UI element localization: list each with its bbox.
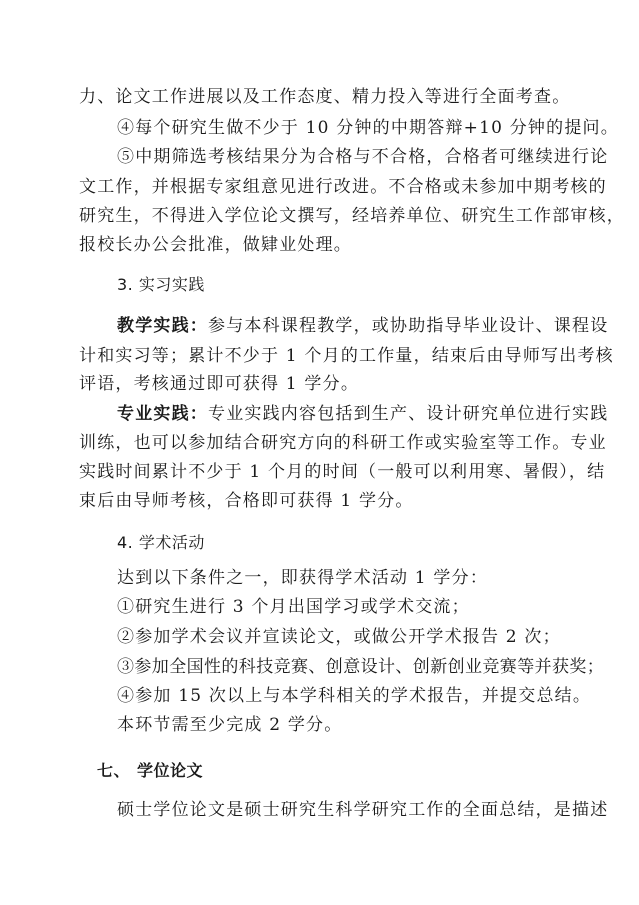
paragraph-line: 硕士学位论文是硕士研究生科学研究工作的全面总结，是描述: [117, 799, 535, 821]
list-item: ④参加 15 次以上与本学科相关的学术报告，并提交总结。: [117, 685, 535, 707]
paragraph-line: 计和实习等；累计不少于 1 个月的工作量，结束后由导师写出考核: [79, 345, 535, 367]
paragraph-line: 评语，考核通过即可获得 1 学分。: [79, 373, 535, 395]
paragraph-line: 报校长办公会批准，做肄业处理。: [79, 234, 535, 256]
paragraph-line: 实践时间累计不少于 1 个月的时间（一般可以利用寒、暑假），结: [79, 461, 535, 483]
paragraph-line: 力、论文工作进展以及工作态度、精力投入等进行全面考查。: [79, 86, 535, 108]
list-item: ②参加学术会议并宣读论文，或做公开学术报告 2 次；: [117, 626, 535, 648]
paragraph-line: 文工作，并根据专家组意见进行改进。不合格或未参加中期考核的: [79, 176, 535, 198]
section-heading-4: 4. 学术活动: [117, 532, 535, 554]
professional-practice-label: 专业实践：: [117, 404, 208, 424]
teaching-practice-label: 教学实践：: [117, 316, 208, 336]
paragraph-line: 达到以下条件之一，即获得学术活动 1 学分：: [117, 567, 535, 589]
list-item-5-line: ⑤中期筛选考核结果分为合格与不合格，合格者可继续进行论: [117, 146, 535, 168]
chapter-number: 七、: [97, 760, 137, 782]
list-item-4: ④每个研究生做不少于 10 分钟的中期答辩+10 分钟的提问。: [117, 117, 535, 139]
section-note: 本环节需至少完成 2 学分。: [117, 714, 535, 736]
list-item: ③参加全国性的科技竞赛、创意设计、创新创业竞赛等并获奖；: [117, 656, 535, 678]
chapter-title: 学位论文: [137, 760, 337, 782]
document-page: 力、论文工作进展以及工作态度、精力投入等进行全面考查。 ④每个研究生做不少于 1…: [0, 0, 639, 905]
paragraph-line: 研究生，不得进入学位论文撰写，经培养单位、研究生工作部审核，: [79, 205, 535, 227]
list-item: ①研究生进行 3 个月出国学习或学术交流；: [117, 596, 535, 618]
section-heading-3: 3. 实习实践: [117, 274, 535, 296]
professional-practice-line: 专业实践：专业实践内容包括到生产、设计研究单位进行实践: [117, 403, 535, 425]
paragraph-line: 束后由导师考核，合格即可获得 1 学分。: [79, 490, 535, 512]
paragraph-line: 训练，也可以参加结合研究方向的科研工作或实验室等工作。专业: [79, 432, 535, 454]
teaching-practice-line: 教学实践：参与本科课程教学，或协助指导毕业设计、课程设: [117, 315, 535, 337]
